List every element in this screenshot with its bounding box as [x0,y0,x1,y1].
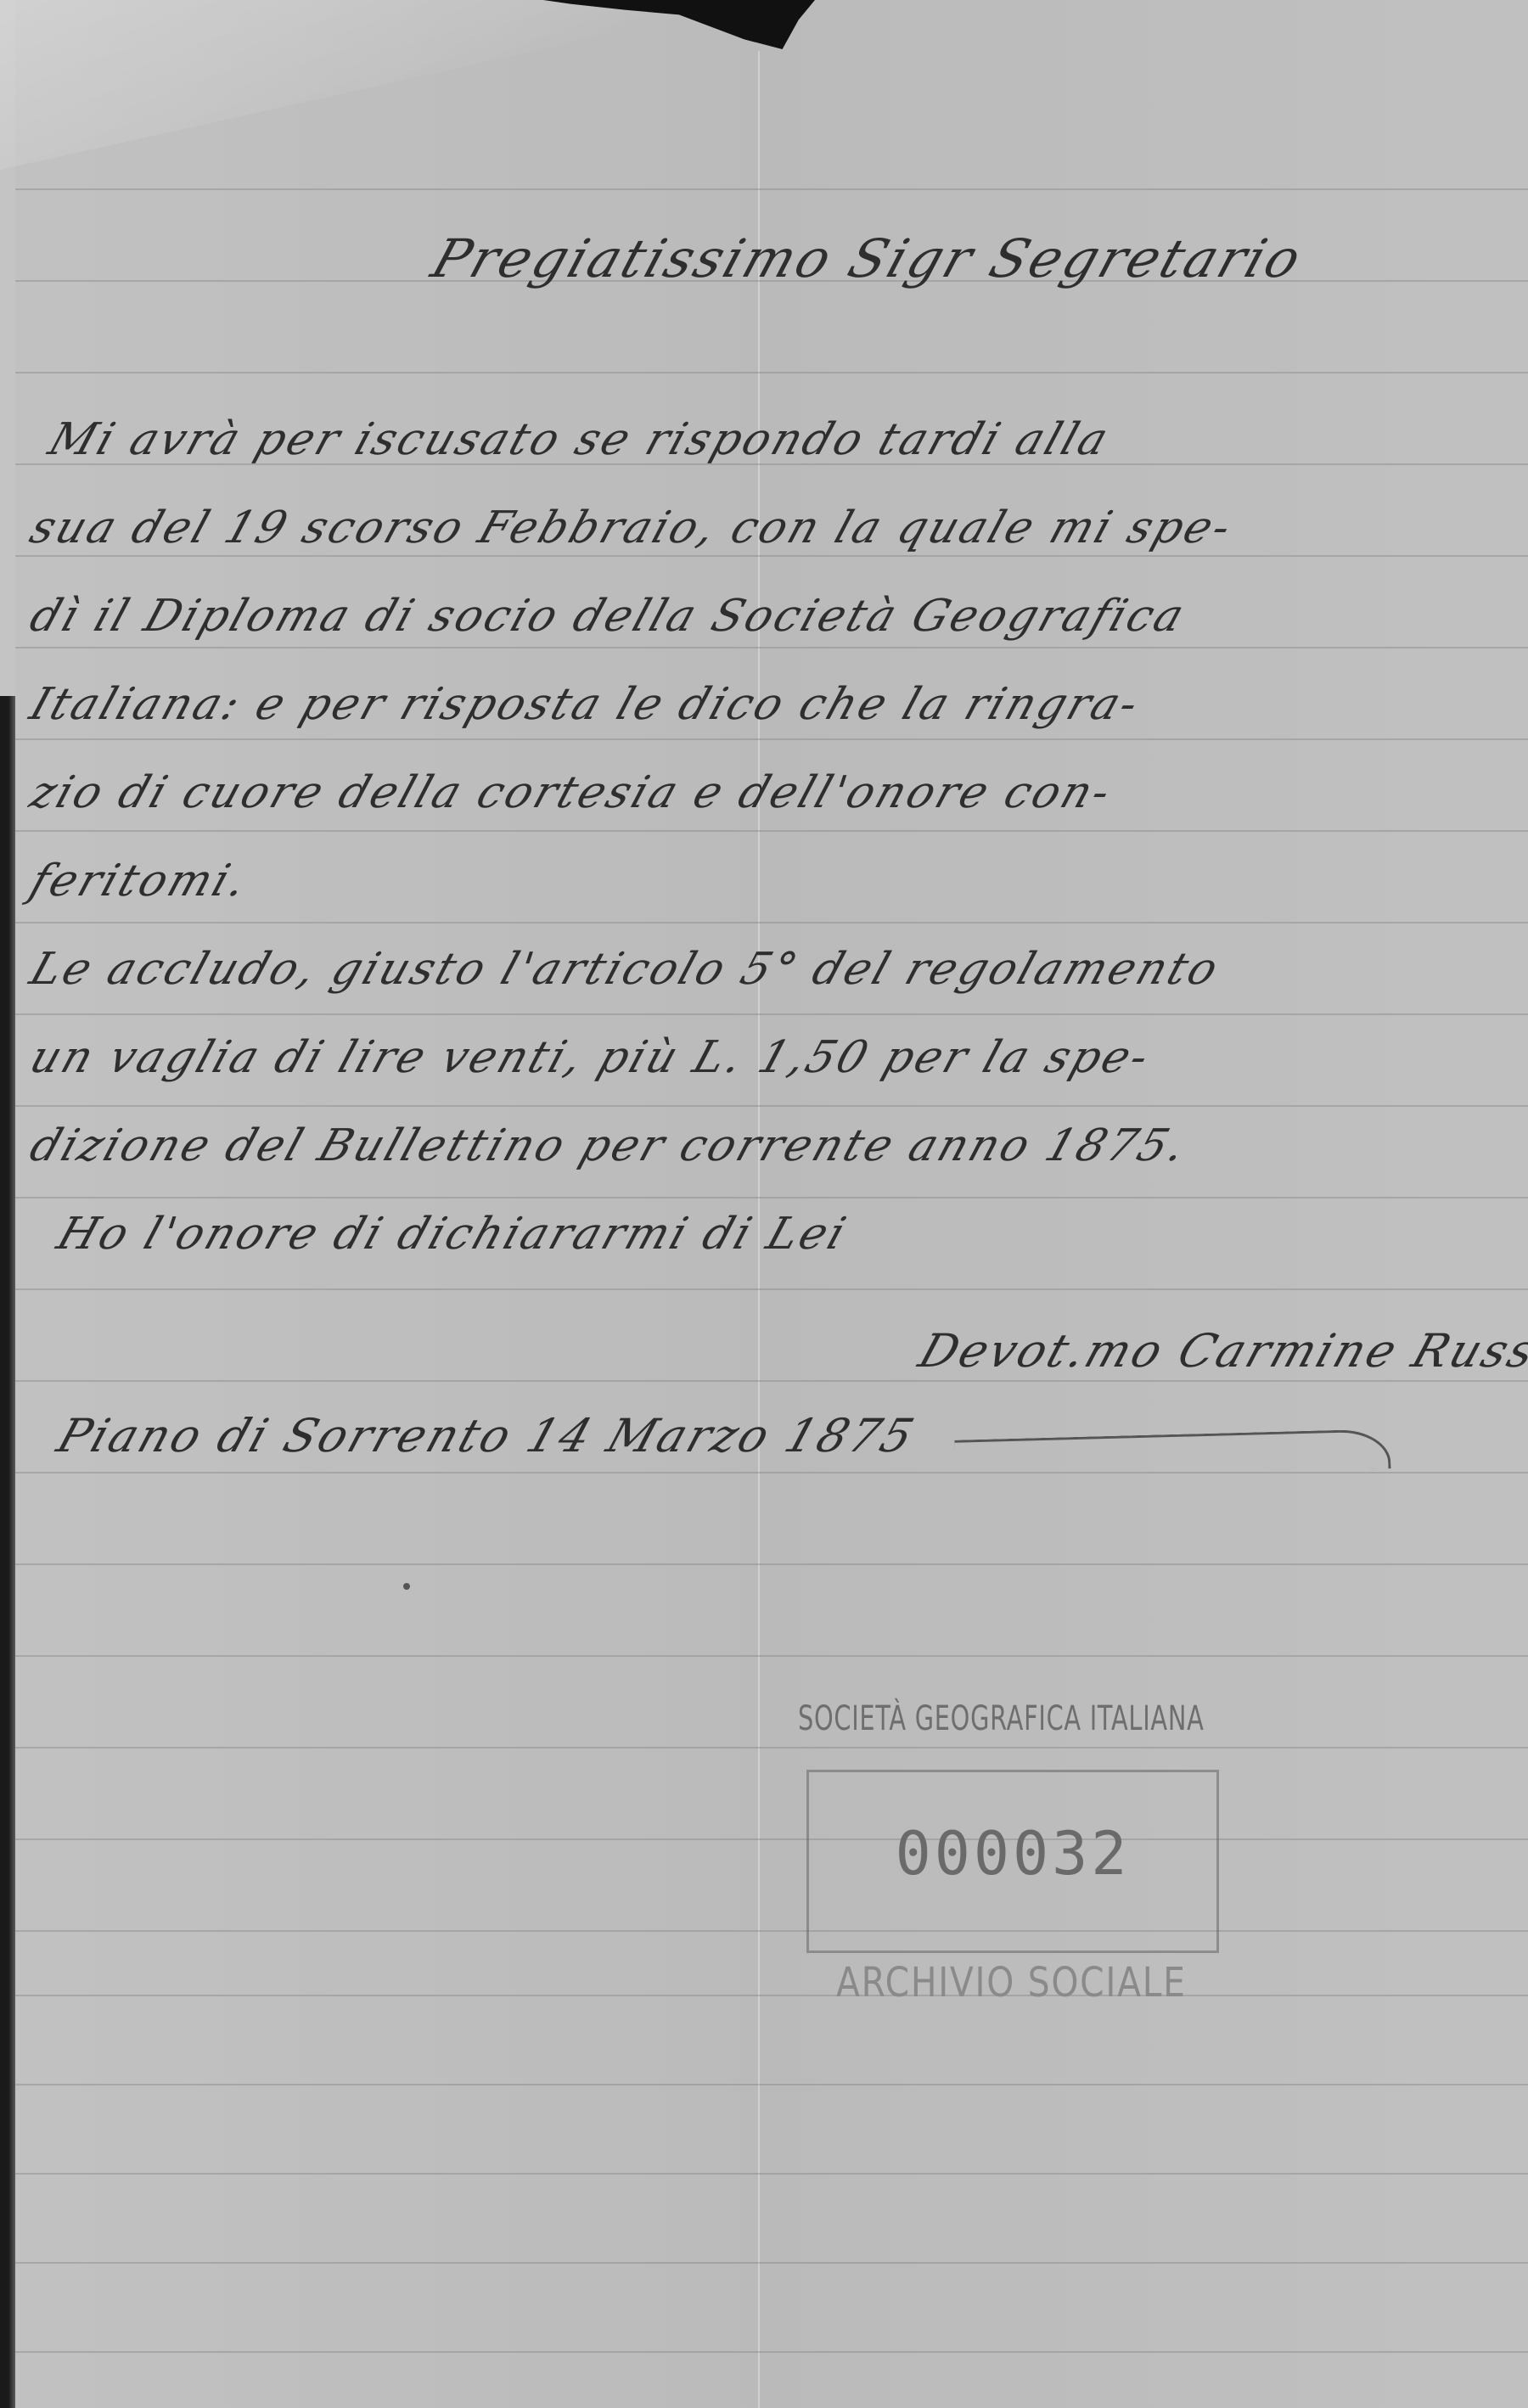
ruled-line [15,1380,1528,1382]
letter-body-line: zio di cuore della cortesia e dell'onore… [24,767,1119,818]
letter-body-line: un vaglia di lire venti, più L. 1,50 per… [24,1032,1157,1083]
ruled-line [15,1655,1528,1657]
ruled-line [15,922,1528,923]
ruled-line [15,1197,1528,1198]
letter-place-date: Piano di Sorrento 14 Marzo 1875 [51,1409,923,1462]
letter-body-line: Le accludo, giusto l'articolo 5° del reg… [24,944,1227,995]
ruled-line [15,1472,1528,1473]
ruled-line [15,738,1528,740]
ruled-line [15,1995,1528,1996]
ruled-line [15,1013,1528,1015]
letter-body-line: dì il Diploma di socio della Società Geo… [24,591,1193,642]
letter-body-line: Mi avrà per iscusato se rispondo tardi a… [42,414,1116,465]
ruled-line [15,2173,1528,2175]
ruled-line [15,2351,1528,2353]
letter-body-line: Ho l'onore di dichiararmi di Lei [51,1209,854,1260]
letter-body-line: sua del 19 scorso Febbraio, con la quale… [24,502,1239,553]
stamp-archive-label: ARCHIVIO SOCIALE [836,1959,1187,2007]
stamp-society-name: SOCIETÀ GEOGRAFICA ITALIANA [798,1699,1256,1738]
stamp-number-box: 000032 [806,1770,1219,1953]
ruled-line [15,372,1528,373]
ruled-line [15,1105,1528,1107]
ruled-line [15,1930,1528,1932]
stamp-archive-number: 000032 [809,1819,1216,1889]
ruled-line [15,1288,1528,1290]
ruled-line [15,1747,1528,1748]
archive-stamp: SOCIETÀ GEOGRAFICA ITALIANA 000032 ARCHI… [798,1689,1273,2003]
ruled-line [15,555,1528,557]
letter-paper [15,0,1528,2408]
letter-body-line: feritomi. [24,856,256,907]
ink-spot [403,1583,410,1590]
ruled-line [15,647,1528,648]
letter-salutation: Pregiatissimo Sigr Segretario [424,227,1311,289]
ruled-line [15,2262,1528,2264]
ruled-line [15,1563,1528,1565]
letter-body-line: dizione del Bullettino per corrente anno… [24,1120,1194,1171]
letter-body-line: Italiana: e per risposta le dico che la … [24,679,1147,730]
ruled-line [15,188,1528,190]
ruled-line [15,830,1528,832]
letter-signature: Devot.mo Carmine Russo [913,1324,1528,1378]
ruled-line [15,2084,1528,2085]
ruled-line [15,1838,1528,1840]
